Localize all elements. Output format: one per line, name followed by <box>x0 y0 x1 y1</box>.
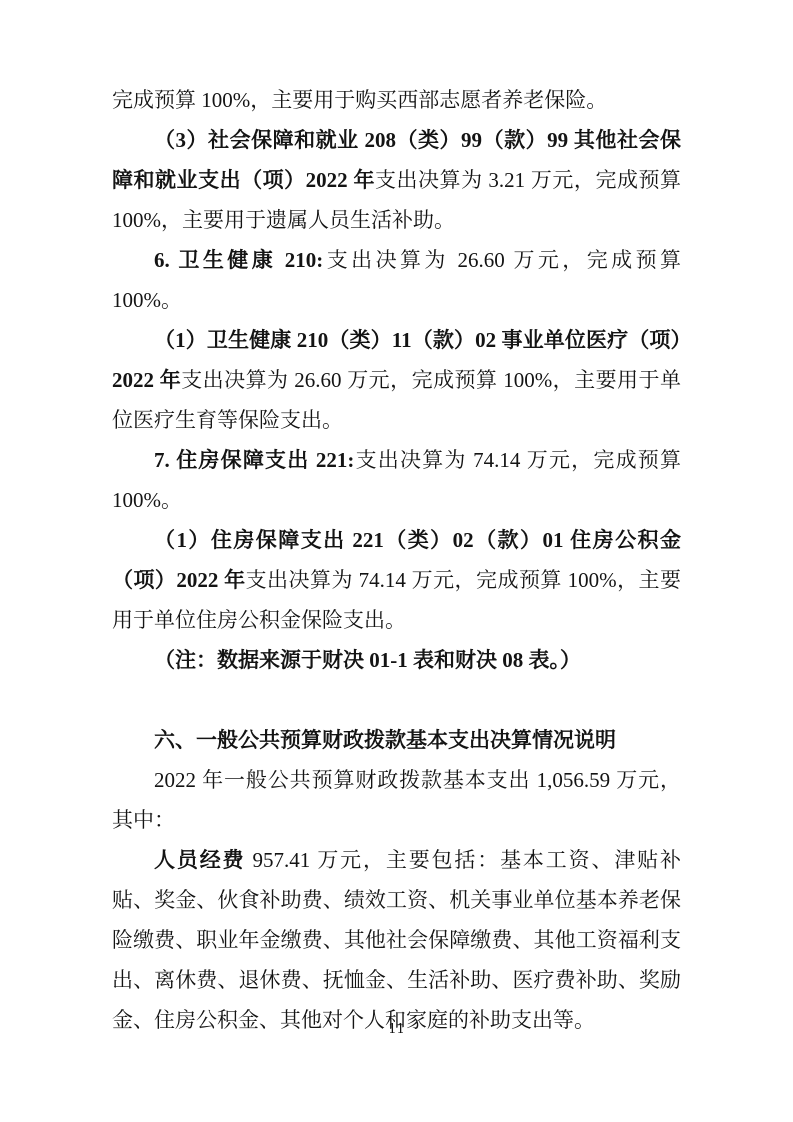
paragraph-housing-221: 7. 住房保障支出 221:支出决算为 74.14 万元，完成预算 100%。 <box>112 440 681 520</box>
paragraph-personnel-funds: 人员经费 957.41 万元，主要包括：基本工资、津贴补贴、奖金、伙食补助费、绩… <box>112 840 681 1040</box>
text-run-bold: 7. 住房保障支出 221: <box>154 448 354 472</box>
text-run: 完成预算 100%，主要用于购买西部志愿者养老保险。 <box>112 88 607 112</box>
text-run: 支出决算为 26.60 万元，完成预算 100%，主要用于单位医疗生育等保险支出… <box>112 368 681 432</box>
page-content: 完成预算 100%，主要用于购买西部志愿者养老保险。 （3）社会保障和就业 20… <box>112 80 681 1040</box>
paragraph-data-source-note: （注：数据来源于财决 01-1 表和财决 08 表。） <box>112 640 681 680</box>
text-run: 957.41 万元，主要包括：基本工资、津贴补贴、奖金、伙食补助费、绩效工资、机… <box>112 848 681 1032</box>
text-run-bold: 6. 卫生健康 210: <box>154 248 323 272</box>
paragraph-continuation: 完成预算 100%，主要用于购买西部志愿者养老保险。 <box>112 80 681 120</box>
page-number: 11 <box>388 1022 405 1037</box>
paragraph-housing-221-item1: （1）住房保障支出 221（类）02（款）01 住房公积金（项）2022 年支出… <box>112 520 681 640</box>
paragraph-health-210: 6. 卫生健康 210:支出决算为 26.60 万元，完成预算 100%。 <box>112 240 681 320</box>
paragraph-health-210-item1: （1）卫生健康 210（类）11（款）02 事业单位医疗（项）2022 年支出决… <box>112 320 681 440</box>
text-run-bold: 人员经费 <box>154 848 245 872</box>
text-run-bold: （注：数据来源于财决 01-1 表和财决 08 表。） <box>154 648 581 672</box>
paragraph-basic-expenditure-total: 2022 年一般公共预算财政拨款基本支出 1,056.59 万元，其中： <box>112 760 681 840</box>
section-heading: 六、一般公共预算财政拨款基本支出决算情况说明 <box>112 720 681 760</box>
paragraph-social-security-item3: （3）社会保障和就业 208（类）99（款）99 其他社会保障和就业支出（项）2… <box>112 120 681 240</box>
text-run: 2022 年一般公共预算财政拨款基本支出 1,056.59 万元，其中： <box>112 768 681 832</box>
page-footer: 11 <box>0 1020 793 1040</box>
document-page: 完成预算 100%，主要用于购买西部志愿者养老保险。 （3）社会保障和就业 20… <box>0 0 793 1122</box>
